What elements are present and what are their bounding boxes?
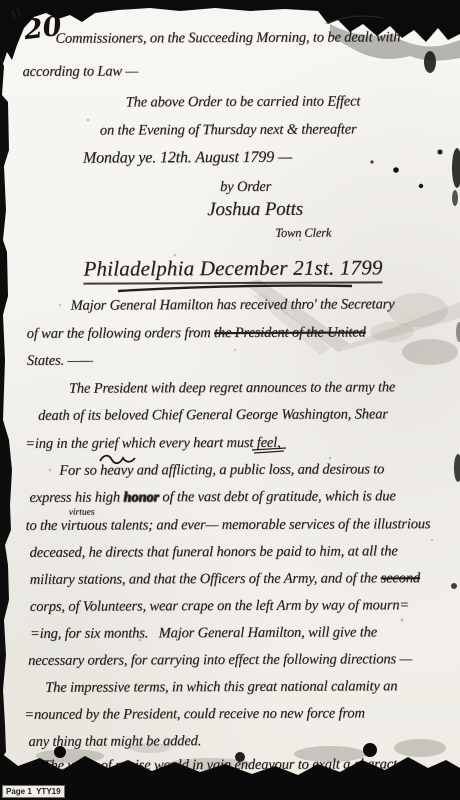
line-segment: to the bbox=[26, 518, 61, 534]
manuscript-line: corps, of Volunteers, wear crape on the … bbox=[30, 597, 409, 615]
manuscript-line: =ing, for six months. Major General Hami… bbox=[30, 624, 377, 642]
manuscript-line: The above Order to be carried into Effec… bbox=[126, 93, 361, 111]
struck-segment: second bbox=[381, 570, 420, 586]
manuscript-text: Commissioners, on the Succeeding Morning… bbox=[0, 0, 460, 800]
manuscript-line: any thing that might be added. bbox=[28, 733, 201, 750]
dateline-heading-text: Philadelphia December 21st. 1799 bbox=[83, 255, 382, 284]
signature-title: Town Clerk bbox=[275, 226, 331, 241]
manuscript-line: The voice of praise would in vain endeav… bbox=[43, 756, 409, 774]
manuscript-scan-page: 11 20 Commissioners, on the Succeeding M… bbox=[0, 0, 460, 800]
line-segment: of war the following orders from bbox=[27, 325, 214, 342]
line-segment: virtuous bbox=[61, 518, 107, 534]
dateline-monday: Monday ye. 12th. August 1799 — bbox=[83, 149, 292, 168]
blotted-word: honor bbox=[123, 489, 159, 505]
manuscript-line: Major General Hamilton has received thro… bbox=[71, 296, 395, 314]
page-footer-label: Page 1 YTY19 bbox=[2, 785, 65, 798]
manuscript-line: The President with deep regret announces… bbox=[69, 379, 395, 397]
manuscript-line: of war the following orders from the Pre… bbox=[27, 324, 366, 342]
manuscript-line: express his high honor of the vast debt … bbox=[29, 488, 395, 506]
line-segment: express his high bbox=[29, 489, 123, 505]
manuscript-line: on the Evening of Thursday next & therea… bbox=[100, 121, 357, 139]
manuscript-line: The impressive terms, in which this grea… bbox=[45, 678, 397, 696]
manuscript-line: necessary orders, for carrying into effe… bbox=[28, 651, 412, 669]
manuscript-line: deceased, he directs that funeral honors… bbox=[30, 543, 398, 561]
manuscript-line: to the virtuesvirtuous talents; and ever… bbox=[26, 516, 431, 534]
line-segment: of the vast debt of gratitude, which is … bbox=[159, 488, 396, 505]
manuscript-line: military stations, and that the Officers… bbox=[30, 570, 420, 588]
manuscript-line: Commissioners, on the Succeeding Morning… bbox=[55, 29, 400, 47]
manuscript-line: =ing in the grief which every heart must… bbox=[25, 435, 280, 453]
struck-segment: the President of the United bbox=[214, 324, 366, 341]
manuscript-line: death of its beloved Chief General Georg… bbox=[38, 406, 388, 424]
manuscript-line: States. —— bbox=[27, 353, 93, 370]
manuscript-line: For so heavy and afflicting, a public lo… bbox=[59, 461, 384, 479]
dateline-heading: Philadelphia December 21st. 1799 bbox=[83, 255, 382, 280]
signature-joshua-potts: Joshua Potts bbox=[207, 199, 303, 221]
manuscript-line: according to Law — bbox=[23, 63, 139, 80]
interlinear-insertion: virtues bbox=[69, 508, 95, 519]
line-segment: talents; and ever— memorable services of… bbox=[107, 516, 430, 533]
by-order-line: by Order bbox=[220, 179, 271, 196]
line-segment: military stations, and that the Officers… bbox=[30, 570, 381, 588]
manuscript-line: =nounced by the President, could receive… bbox=[24, 705, 364, 723]
corrected-word: virtuesvirtuous bbox=[61, 518, 107, 535]
